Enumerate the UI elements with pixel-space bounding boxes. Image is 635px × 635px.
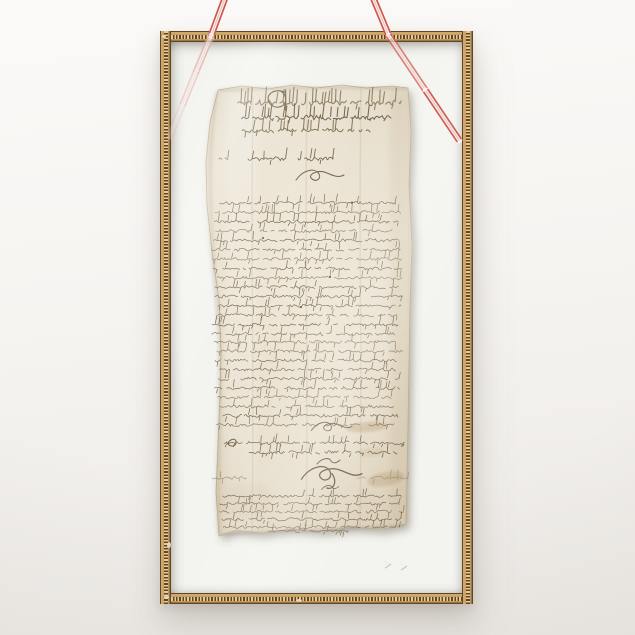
framed-manuscript-photo — [0, 0, 635, 635]
frame-rail-left — [160, 31, 171, 604]
frame-chip — [167, 542, 171, 548]
frame-chip — [296, 599, 302, 602]
frame-chip — [162, 35, 166, 38]
frame-rail-right — [462, 31, 473, 604]
frame-chip — [164, 595, 169, 599]
frame-rail-top — [160, 31, 473, 42]
frame-rail-bottom — [160, 593, 473, 604]
gilt-frame — [160, 31, 473, 604]
